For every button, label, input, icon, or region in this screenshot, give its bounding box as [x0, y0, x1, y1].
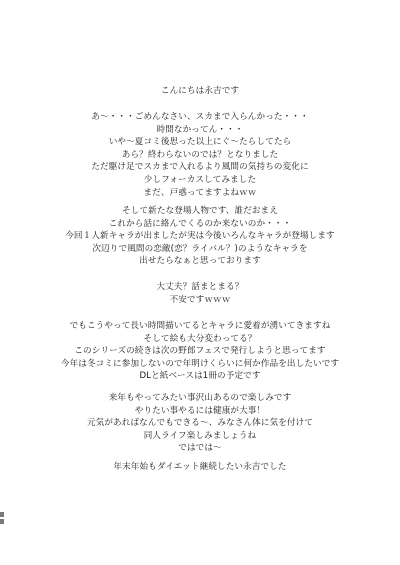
greeting-paragraph: こんにちは永吉です	[0, 85, 400, 98]
text-line: やりたい事やるには健康が大事！	[0, 405, 400, 418]
text-line: 今年は冬コミに参加しないので年明けくらいに何か作品を出したいです	[0, 358, 400, 371]
text-line: 来年もやってみたい事沢山あるので楽しみです	[0, 392, 400, 405]
text-line: 少しフォーカスしてみました	[0, 174, 400, 187]
text-line: でもこうやって長い時間描いてるとキャラに愛着が湧いてきますね	[0, 320, 400, 333]
text-line: 同人ライフ楽しみましょうね	[0, 430, 400, 443]
plans-paragraph: でもこうやって長い時間描いてるとキャラに愛着が湧いてきますね そして絵も大分変わ…	[0, 320, 400, 383]
text-line: 出せたらなぁと思っております	[0, 255, 400, 268]
text-line: 時間なかってん・・・	[0, 124, 400, 137]
text-line: DLと紙ベースは1冊の予定です	[0, 370, 400, 383]
text-line: こんにちは永吉です	[0, 85, 400, 98]
new-character-paragraph: そして新たな登場人物です、誰だおまえ これから話に絡んでくるのか来ないのか・・・…	[0, 205, 400, 268]
closing-paragraph: 年末年始もダイエット継続したい永吉でした	[0, 461, 400, 474]
next-year-paragraph: 来年もやってみたい事沢山あるので楽しみです やりたい事やるには健康が大事！ 元気…	[0, 392, 400, 455]
text-line: 今回１人新キャラが出ましたが実は今後いろんなキャラが登場します	[0, 230, 400, 243]
apology-paragraph: あ～・・・ごめんなさい、スカまで入らんかった・・・ 時間なかってん・・・ いや～…	[0, 111, 400, 199]
text-line: このシリーズの続きは次の野郎フェスで発行しようと思ってます	[0, 345, 400, 358]
text-line: これから話に絡んでくるのか来ないのか・・・	[0, 218, 400, 231]
text-line: そして新たな登場人物です、誰だおまえ	[0, 205, 400, 218]
text-line: いや～夏コミ後思った以上にぐ～たらしてたら	[0, 136, 400, 149]
text-line: あ～・・・ごめんなさい、スカまで入らんかった・・・	[0, 111, 400, 124]
text-line: 不安ですｗｗｗ	[0, 294, 400, 307]
text-line: ただ駆け足でスカまで入れるより風間の気持ちの変化に	[0, 161, 400, 174]
text-line: ではでは～	[0, 442, 400, 455]
document-page: こんにちは永吉です あ～・・・ごめんなさい、スカまで入らんかった・・・ 時間なか…	[0, 0, 400, 565]
text-line: まだ、戸惑ってますよねｗｗ	[0, 187, 400, 200]
text-line: 元気があればなんでもできる～、みなさん体に気を付けて	[0, 417, 400, 430]
text-line: 大丈夫？話まとまる？	[0, 281, 400, 294]
text-line: 年末年始もダイエット継続したい永吉でした	[0, 461, 400, 474]
worry-paragraph: 大丈夫？話まとまる？ 不安ですｗｗｗ	[0, 281, 400, 306]
text-line: 次辺りで風間の恋敵(恋？ライバル？)のようなキャラを	[0, 243, 400, 256]
text-line: そして絵も大分変わってる？	[0, 333, 400, 346]
text-line: あら？終わらないのでは？となりました	[0, 149, 400, 162]
page-number-mark	[0, 512, 5, 526]
